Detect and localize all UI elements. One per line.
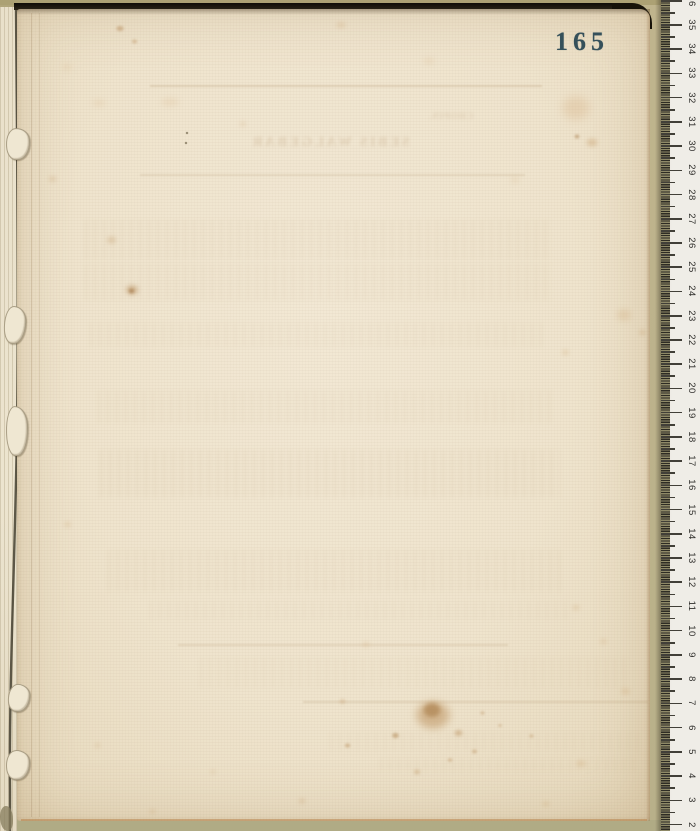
page-crease: [39, 13, 40, 817]
foxing-stain: [184, 141, 188, 145]
ruler-number: 25: [685, 257, 697, 277]
ruler-number: 16: [685, 475, 697, 495]
ruler-tick-half: [661, 424, 675, 426]
foxing-stain: [446, 757, 454, 763]
ruler-number: 28: [685, 185, 697, 205]
ruler-number: 20: [685, 378, 697, 398]
ruler-number: 10: [685, 621, 697, 641]
foxing-stain: [583, 136, 601, 149]
ruler-tick-half: [661, 109, 675, 111]
showthrough-text: CHOPIN.: [428, 111, 473, 121]
ruler-tick-cm: [661, 242, 682, 244]
ruler-tick-half: [661, 12, 675, 14]
showthrough-band: [85, 264, 553, 300]
ruler-tick-half: [661, 157, 675, 159]
page-right-edge: [646, 9, 650, 821]
ruler-tick-half: [661, 375, 675, 377]
ruler-tick-half: [661, 715, 675, 717]
ruler-tick-half: [661, 569, 675, 571]
ruler-number: 18: [685, 427, 697, 447]
page-top-shadow: [17, 9, 650, 15]
showthrough-band: [200, 658, 630, 688]
foxing-stain: [93, 742, 102, 749]
foxing-stain: [62, 520, 73, 529]
page-number: 165: [555, 28, 609, 56]
foxing-stain: [573, 133, 581, 140]
ruler-tick-half: [661, 642, 675, 644]
foxing-stain: [390, 731, 401, 740]
ruler-tick-cm: [661, 751, 682, 753]
foxing-stain: [508, 175, 522, 185]
page-bottom-edge: [21, 819, 647, 821]
ruler-tick-cm: [661, 485, 682, 487]
ruler-number: 19: [685, 403, 697, 423]
foxing-stain: [238, 120, 248, 128]
ruler-number: 8: [685, 669, 697, 689]
ruler-number: 3: [685, 790, 697, 810]
foxing-stain: [338, 698, 347, 705]
ruler-number: 17: [685, 451, 697, 471]
ruler-tick-cm: [661, 194, 682, 196]
ruler-tick-half: [661, 448, 675, 450]
ruler-tick-half: [661, 254, 675, 256]
ruler-tick-half: [661, 690, 675, 692]
foxing-stain: [560, 348, 571, 357]
ruler-tick-cm: [661, 533, 682, 535]
ruler-number: 9: [685, 645, 697, 665]
ruler-tick-cm: [661, 727, 682, 729]
foxing-stain: [297, 797, 307, 805]
ruler-number: 13: [685, 548, 697, 568]
ruler-tick-half: [661, 739, 675, 741]
foxing-stain: [618, 686, 633, 697]
ruler-number: 2: [685, 815, 697, 831]
foxing-stain: [360, 640, 372, 649]
foxing-stain: [420, 55, 438, 67]
foxing-stain: [114, 24, 126, 33]
foxing-stain: [155, 95, 185, 109]
ruler-tick-cm: [661, 557, 682, 559]
foxing-stain: [528, 733, 535, 739]
ruler-tick-half: [661, 327, 675, 329]
foxing-stain: [452, 728, 465, 738]
ruler-tick-half: [661, 594, 675, 596]
foxing-stain: [497, 723, 503, 728]
ruler-tick-cm: [661, 97, 682, 99]
ruler-tick-half: [661, 812, 675, 814]
foxing-stain: [573, 758, 589, 769]
foxing-stain: [147, 808, 158, 815]
ruler-number: 21: [685, 354, 697, 374]
showthrough-band: [98, 391, 554, 423]
book-scan: SEBIS WALGEBARCHOPIN. 165 36353433323130…: [0, 0, 700, 831]
foxing-stain: [127, 287, 136, 295]
showthrough-line: [150, 85, 542, 87]
ruler-number: 36: [685, 0, 697, 11]
ruler-tick-half: [661, 36, 675, 38]
foxing-stain: [412, 768, 422, 776]
foxing-stain: [612, 305, 636, 325]
ruler-tick-cm: [661, 678, 682, 680]
ruler-number: 22: [685, 330, 697, 350]
ruler-number: 35: [685, 15, 697, 35]
ruler-number: 24: [685, 281, 697, 301]
ruler-tick-half: [661, 133, 675, 135]
ruler-tick-cm: [661, 24, 682, 26]
ruler-tick-half: [661, 497, 675, 499]
ruler-number: 33: [685, 63, 697, 83]
ruler-tick-cm: [661, 145, 682, 147]
ruler-tick-half: [661, 787, 675, 789]
ruler-tick-half: [661, 206, 675, 208]
ruler-tick-cm: [661, 606, 682, 608]
ruler-tick-cm: [661, 291, 682, 293]
ruler-number: 27: [685, 209, 697, 229]
ruler-mm-scale: [661, 0, 670, 831]
ruler-tick-half: [661, 85, 675, 87]
ruler-tick-cm: [661, 412, 682, 414]
ruler-number: 12: [685, 572, 697, 592]
ruler-tick-cm: [661, 581, 682, 583]
ruler-tick-half: [661, 521, 675, 523]
ruler-number: 29: [685, 160, 697, 180]
ruler-tick-cm: [661, 339, 682, 341]
showthrough-band: [100, 450, 560, 498]
foxing-stain: [185, 131, 189, 135]
ruler-tick-half: [661, 618, 675, 620]
ruler-tick-cm: [661, 703, 682, 705]
ruler-tick-half: [661, 182, 675, 184]
ruler-tick-cm: [661, 218, 682, 220]
ruler-tick-half: [661, 279, 675, 281]
ruler-tick-cm: [661, 315, 682, 317]
ruler-tick-cm: [661, 266, 682, 268]
foxing-stain: [60, 62, 74, 72]
foxing-stain: [343, 742, 352, 749]
ruler-number: 11: [685, 596, 697, 616]
ruler-tick-cm: [661, 460, 682, 462]
showthrough-line: [178, 644, 508, 646]
page-crease: [31, 13, 32, 817]
ruler: 3635343332313029282726252423222120191817…: [661, 0, 700, 831]
foxing-stain: [598, 637, 609, 646]
showthrough-text: SEBIS WALGEBAR: [250, 135, 410, 151]
ruler-tick-cm: [661, 654, 682, 656]
ruler-tick-cm: [661, 170, 682, 172]
showthrough-band: [330, 733, 640, 751]
ruler-number: 32: [685, 88, 697, 108]
background-bottom-strip: [0, 820, 700, 831]
ruler-tick-cm: [661, 48, 682, 50]
ruler-tick-cm: [661, 121, 682, 123]
ruler-tick-half: [661, 303, 675, 305]
foxing-stain: [333, 20, 349, 30]
ruler-tick-half: [661, 230, 675, 232]
ruler-number: 30: [685, 136, 697, 156]
showthrough-line: [303, 701, 648, 703]
foxing-stain: [470, 748, 479, 755]
ruler-tick-cm: [661, 73, 682, 75]
ruler-tick-cm: [661, 436, 682, 438]
foxing-stain: [209, 769, 217, 775]
foxing-stain: [418, 698, 446, 722]
ruler-tick-cm: [661, 630, 682, 632]
ruler-number: 7: [685, 693, 697, 713]
foxing-stain: [88, 97, 110, 109]
foxing-stain: [553, 88, 599, 128]
ruler-tick-half: [661, 666, 675, 668]
ruler-tick-half: [661, 545, 675, 547]
ruler-number: 34: [685, 39, 697, 59]
binding-shadow-patch: [0, 806, 13, 831]
ruler-tick-cm: [661, 509, 682, 511]
ruler-tick-half: [661, 351, 675, 353]
foxing-stain: [479, 710, 486, 716]
foxing-stain: [46, 174, 59, 184]
ruler-tick-cm: [661, 800, 682, 802]
ruler-tick-half: [661, 472, 675, 474]
showthrough-band: [85, 220, 553, 260]
ruler-number: 14: [685, 524, 697, 544]
ruler-tick-cm: [661, 363, 682, 365]
ruler-tick-half: [661, 400, 675, 402]
foxing-stain: [104, 234, 119, 246]
ruler-number: 5: [685, 742, 697, 762]
ruler-tick-cm: [661, 775, 682, 777]
ruler-number: 31: [685, 112, 697, 132]
showthrough-line: [140, 174, 525, 176]
ruler-number: 4: [685, 766, 697, 786]
showthrough-band: [108, 550, 560, 592]
ruler-number: 6: [685, 718, 697, 738]
ruler-tick-cm: [661, 0, 682, 2]
ruler-tick-cm: [661, 388, 682, 390]
ruler-tick-half: [661, 60, 675, 62]
ruler-number: 15: [685, 500, 697, 520]
showthrough-band: [90, 323, 542, 347]
ruler-number: 26: [685, 233, 697, 253]
showthrough-band: [150, 602, 570, 620]
ruler-number: 23: [685, 306, 697, 326]
ruler-tick-cm: [661, 824, 682, 826]
ruler-tick-half: [661, 763, 675, 765]
foxing-stain: [540, 800, 552, 808]
foxing-stain: [130, 38, 139, 45]
foxing-stain: [570, 603, 582, 612]
foxing-stain: [637, 328, 648, 337]
